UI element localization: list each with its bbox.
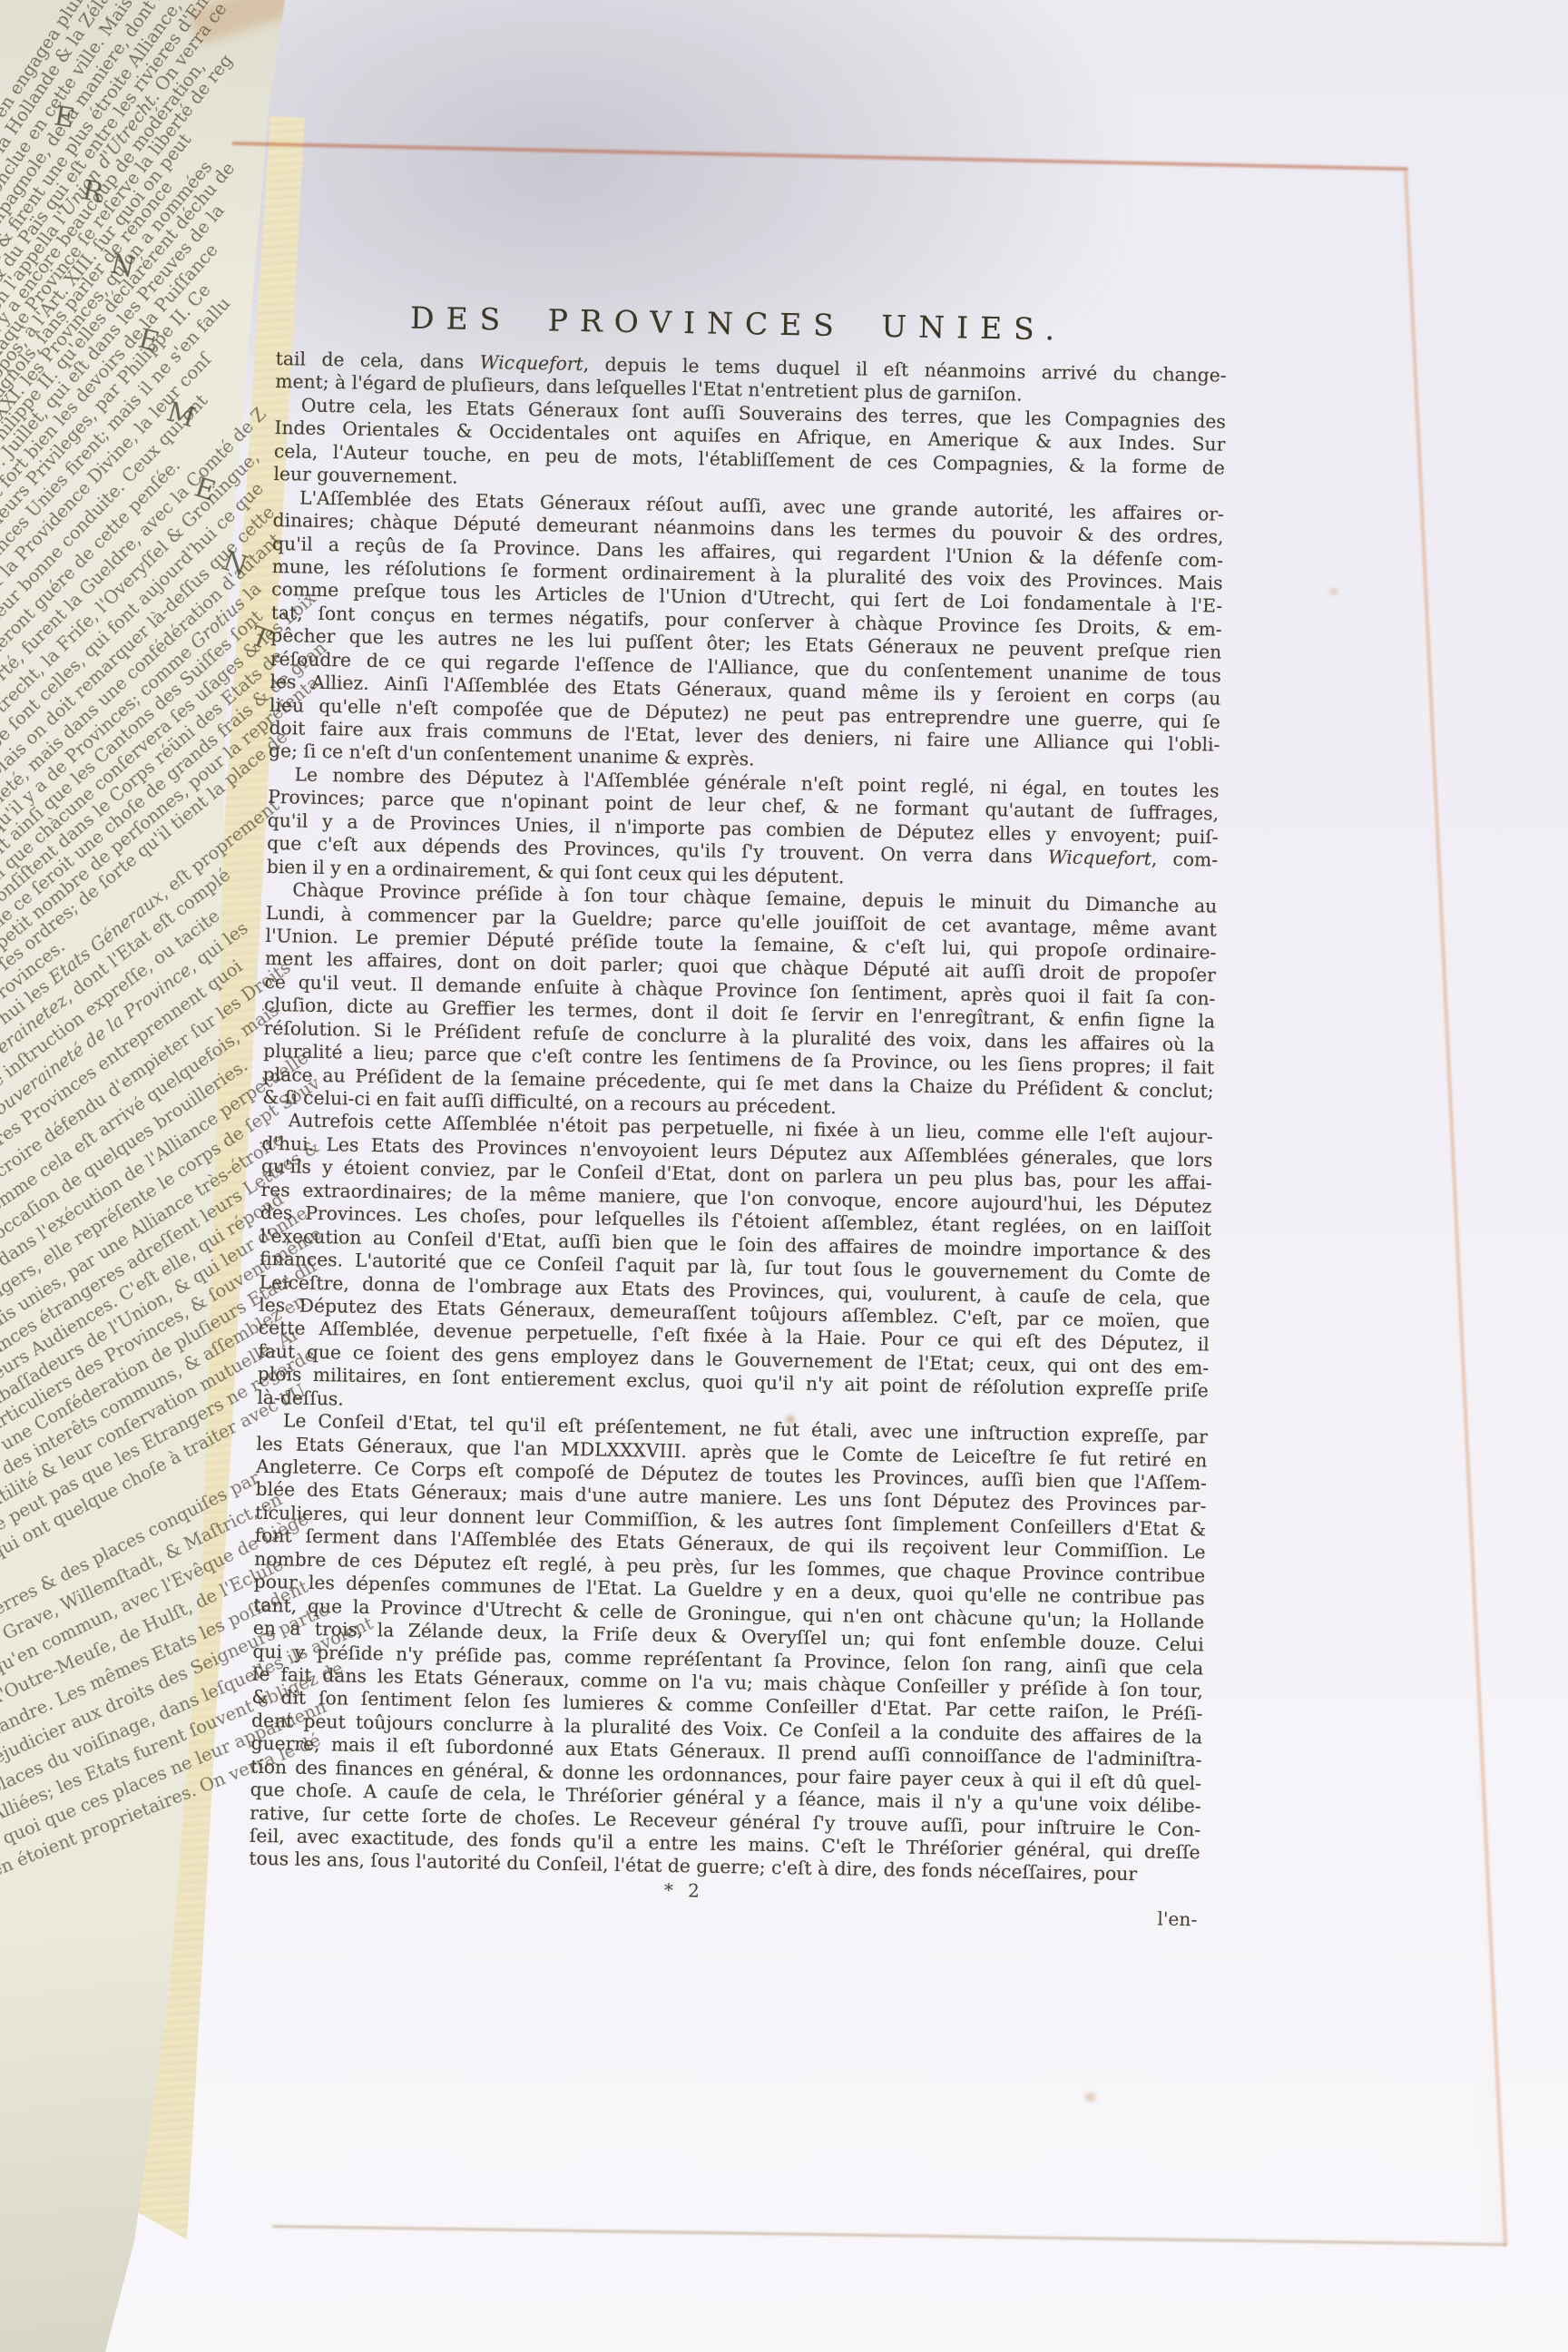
catchword: l'en- bbox=[1157, 1907, 1197, 1930]
printed-page: DES PROVINCES UNIES. tail de cela, dans … bbox=[248, 298, 1228, 1942]
paragraph: Autrefois cette Aſſemblée n'étoit pas pe… bbox=[257, 1109, 1213, 1426]
paragraph: Chàque Province préſide à ſon tour chàqu… bbox=[262, 878, 1217, 1126]
paragraph: Outre cela, les Etats Géneraux ſont auſſ… bbox=[273, 394, 1226, 503]
paragraph: Le Conſeil d'Etat, tel qu'il eſt préſent… bbox=[249, 1409, 1208, 1887]
body-text: tail de cela, dans Wicquefort, depuis le… bbox=[249, 348, 1227, 1887]
photo-of-book: { "colors": { "backdrop": "#f1eff5", "pa… bbox=[0, 0, 1568, 2352]
signature-mark: * 2 bbox=[664, 1879, 705, 1902]
paragraph: L'Aſſemblée des Etats Géneraux réſout au… bbox=[269, 486, 1224, 780]
paragraph: Le nombre des Députez à l'Aſſemblée géné… bbox=[267, 763, 1220, 896]
